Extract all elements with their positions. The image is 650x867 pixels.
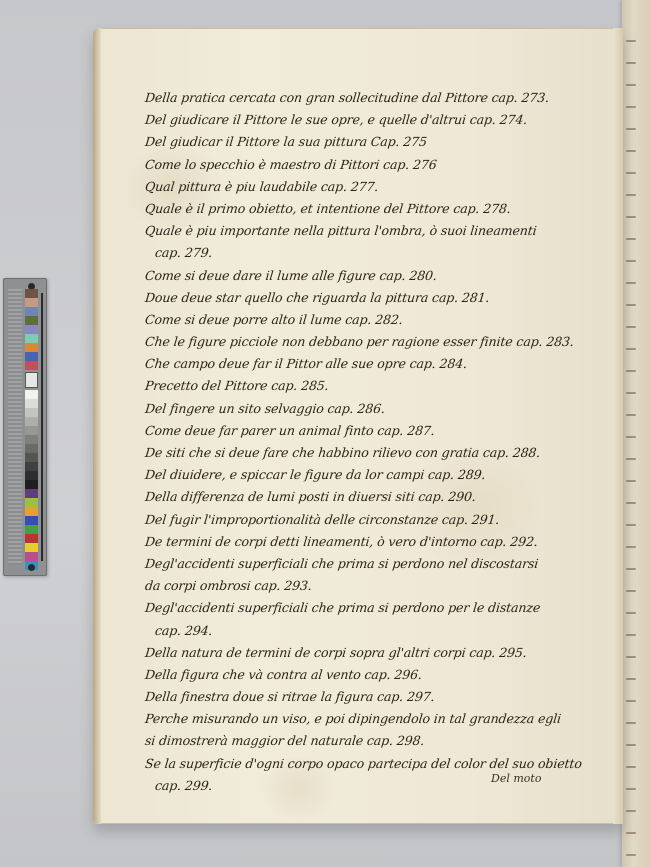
index-line: Come si deue dare il lume alle figure ca… [144,265,616,287]
gray-patch [25,408,38,417]
color-patch [25,361,38,370]
index-line: cap. 279. [144,242,616,264]
adjacent-page-text [626,194,636,196]
index-line: Del diuidere, e spiccar le figure da lor… [144,464,616,486]
adjacent-page-text [626,656,636,658]
index-line: Precetto del Pittore cap. 285. [144,375,616,397]
index-line: Della natura de termini de corpi sopra g… [144,642,616,664]
adjacent-page-text [626,326,636,328]
adjacent-page-text [626,832,636,834]
color-patch [25,298,38,307]
index-line: Della pratica cercata con gran sollecitu… [144,87,616,109]
adjacent-page-text [626,788,636,790]
index-line: Quale è il primo obietto, et intentione … [144,198,616,220]
index-line: Che le figure picciole non debbano per r… [144,331,616,353]
index-line: Doue deue star quello che riguarda la pi… [144,287,616,309]
adjacent-page-text [626,304,636,306]
adjacent-page-text [626,480,636,482]
color-patch [25,498,38,507]
adjacent-page-text [626,458,636,460]
index-line: Degl'accidenti superficiali che prima si… [144,597,616,619]
adjacent-page-text [626,150,636,152]
index-line: Quale è piu importante nella pittura l'o… [144,220,616,242]
adjacent-page-text [626,568,636,570]
index-line: Del giudicare il Pittore le sue opre, e … [144,109,616,131]
gray-patch [25,435,38,444]
adjacent-page-text [626,282,636,284]
color-patch [25,489,38,498]
index-line: Come deue far parer un animal finto cap.… [144,420,616,442]
color-patch [25,343,38,352]
color-patch [25,334,38,343]
color-patches [25,289,38,570]
index-line: Del fugir l'improportionalità delle circ… [144,509,616,531]
adjacent-page-text [626,260,636,262]
index-line: Se la superficie d'ogni corpo opaco part… [144,753,616,775]
adjacent-page-text [626,700,636,702]
gray-patch [25,390,38,399]
color-patch [25,525,38,534]
adjacent-page-text [626,502,636,504]
index-line: si dimostrerà maggior del naturale cap. … [144,730,616,752]
adjacent-page-text [626,172,636,174]
chapter-index-list: Della pratica cercata con gran sollecitu… [145,87,615,797]
adjacent-page-text [626,722,636,724]
index-line: De termini de corpi detti lineamenti, ò … [144,531,616,553]
color-patch [25,552,38,561]
index-line: Che campo deue far il Pittor alle sue op… [144,353,616,375]
color-patch [25,543,38,552]
gray-patch [25,462,38,471]
color-patch [25,307,38,316]
strip-bar [41,293,43,561]
color-patch [25,316,38,325]
adjacent-page-text [626,524,636,526]
gray-patch [25,480,38,489]
strip-hole-bottom [28,564,35,571]
gray-patch [25,426,38,435]
adjacent-page-text [626,348,636,350]
color-patch [25,507,38,516]
color-patch [25,516,38,525]
strip-label [25,372,38,388]
adjacent-page-text [626,392,636,394]
adjacent-page-text [626,84,636,86]
gray-patch [25,471,38,480]
gray-patch [25,444,38,453]
gray-patch [25,417,38,426]
adjacent-page-text [626,370,636,372]
index-line: Come lo specchio è maestro di Pittori ca… [144,154,616,176]
index-line: Del fingere un sito selvaggio cap. 286. [144,398,616,420]
adjacent-page-text [626,106,636,108]
adjacent-page-text [626,414,636,416]
adjacent-page-text [626,436,636,438]
index-line: Qual pittura è piu laudabile cap. 277. [144,176,616,198]
adjacent-page-text [626,546,636,548]
adjacent-page-text [626,810,636,812]
index-line: cap. 294. [144,620,616,642]
index-line: Della differenza de lumi posti in diuers… [144,486,616,508]
index-line: Della finestra doue si ritrae la figura … [144,686,616,708]
index-line: cap. 299. [144,775,616,797]
index-line: Come si deue porre alto il lume cap. 282… [144,309,616,331]
adjacent-page-text [626,40,636,42]
adjacent-page-text [626,744,636,746]
index-line: Della figura che và contra al vento cap.… [144,664,616,686]
color-patch [25,289,38,298]
catchword: Del moto [491,772,541,785]
manuscript-page: Della pratica cercata con gran sollecitu… [93,28,623,824]
adjacent-page-text [626,854,636,856]
scale-rail [8,289,22,565]
adjacent-page-text [626,216,636,218]
index-line: Perche misurando un viso, e poi dipingen… [144,708,616,730]
color-patch [25,352,38,361]
index-line: Degl'accidenti superficiali che prima si… [144,553,616,575]
index-line: da corpi ombrosi cap. 293. [144,575,616,597]
adjacent-page-text [626,590,636,592]
index-line: Del giudicar il Pittore la sua pittura C… [144,131,616,153]
index-line: De siti che si deue fare che habbino ril… [144,442,616,464]
adjacent-page-text [626,62,636,64]
adjacent-page-text [626,238,636,240]
adjacent-page-text [626,128,636,130]
adjacent-page-text [626,678,636,680]
color-patch [25,325,38,334]
adjacent-page-text [626,634,636,636]
gray-patch [25,399,38,408]
color-patch [25,534,38,543]
adjacent-page-text [626,766,636,768]
adjacent-page-edge [622,0,650,867]
gray-patch [25,453,38,462]
adjacent-page-text [626,612,636,614]
color-calibration-strip [3,278,47,576]
